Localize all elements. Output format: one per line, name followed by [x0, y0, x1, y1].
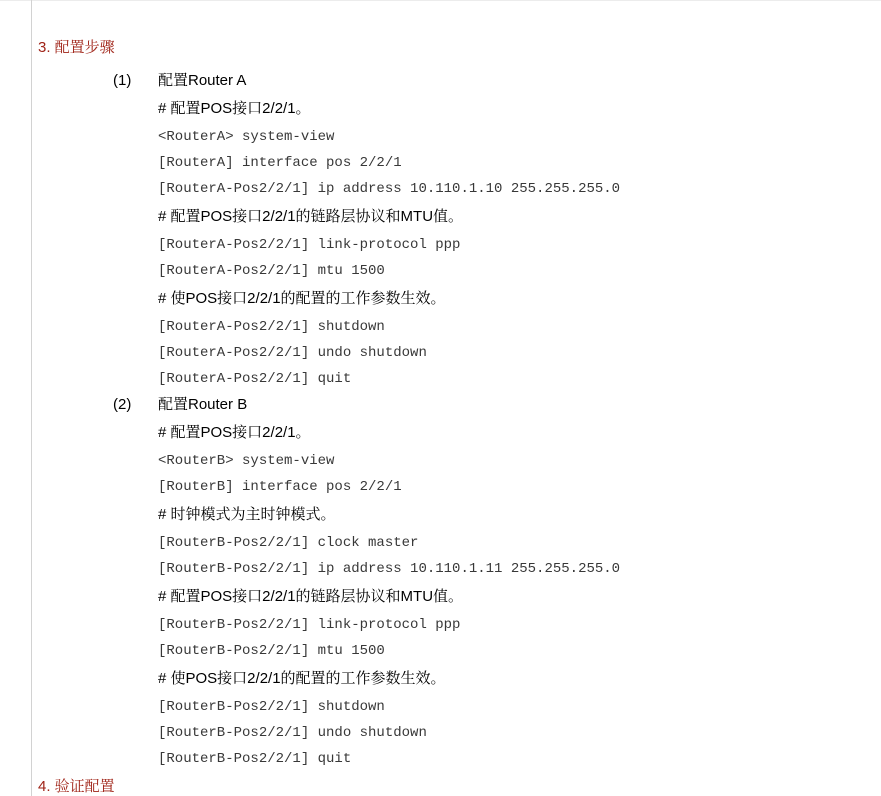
- code-line: [RouterB-Pos2/2/1] quit: [38, 746, 858, 772]
- step-list: (1)配置Router A# 配置POS接口2/2/1。<RouterA> sy…: [38, 68, 858, 772]
- code-line: [RouterB-Pos2/2/1] link-protocol ppp: [38, 612, 858, 638]
- content-area: 3. 配置步骤 (1)配置Router A# 配置POS接口2/2/1。<Rou…: [38, 0, 858, 796]
- code-line: [RouterB] interface pos 2/2/1: [38, 474, 858, 500]
- step-title: 配置Router B: [158, 392, 247, 418]
- instruction-para: # 配置POS接口2/2/1。: [38, 420, 858, 446]
- code-line: [RouterB-Pos2/2/1] shutdown: [38, 694, 858, 720]
- step-item: (2)配置Router B: [38, 392, 858, 418]
- code-line: [RouterA-Pos2/2/1] ip address 10.110.1.1…: [38, 176, 858, 202]
- step-item: (1)配置Router A: [38, 68, 858, 94]
- instruction-para: # 配置POS接口2/2/1的链路层协议和MTU值。: [38, 204, 858, 230]
- step-number: (1): [113, 68, 158, 94]
- instruction-para: # 时钟模式为主时钟模式。: [38, 502, 858, 528]
- instruction-para: # 配置POS接口2/2/1的链路层协议和MTU值。: [38, 584, 858, 610]
- section-heading-config-steps: 3. 配置步骤: [38, 37, 858, 59]
- code-line: [RouterB-Pos2/2/1] ip address 10.110.1.1…: [38, 556, 858, 582]
- code-line: <RouterB> system-view: [38, 448, 858, 474]
- document-page: 3. 配置步骤 (1)配置Router A# 配置POS接口2/2/1。<Rou…: [0, 0, 881, 796]
- left-divider-line: [31, 0, 32, 796]
- section-heading-verify-config: 4. 验证配置: [38, 776, 858, 796]
- code-line: [RouterB-Pos2/2/1] mtu 1500: [38, 638, 858, 664]
- code-line: [RouterB-Pos2/2/1] clock master: [38, 530, 858, 556]
- code-line: [RouterA-Pos2/2/1] undo shutdown: [38, 340, 858, 366]
- code-line: <RouterA> system-view: [38, 124, 858, 150]
- code-line: [RouterB-Pos2/2/1] undo shutdown: [38, 720, 858, 746]
- code-line: [RouterA-Pos2/2/1] quit: [38, 366, 858, 392]
- step-title: 配置Router A: [158, 68, 246, 94]
- instruction-para: # 使POS接口2/2/1的配置的工作参数生效。: [38, 286, 858, 312]
- code-line: [RouterA-Pos2/2/1] link-protocol ppp: [38, 232, 858, 258]
- code-line: [RouterA] interface pos 2/2/1: [38, 150, 858, 176]
- instruction-para: # 配置POS接口2/2/1。: [38, 96, 858, 122]
- code-line: [RouterA-Pos2/2/1] shutdown: [38, 314, 858, 340]
- instruction-para: # 使POS接口2/2/1的配置的工作参数生效。: [38, 666, 858, 692]
- code-line: [RouterA-Pos2/2/1] mtu 1500: [38, 258, 858, 284]
- step-number: (2): [113, 392, 158, 418]
